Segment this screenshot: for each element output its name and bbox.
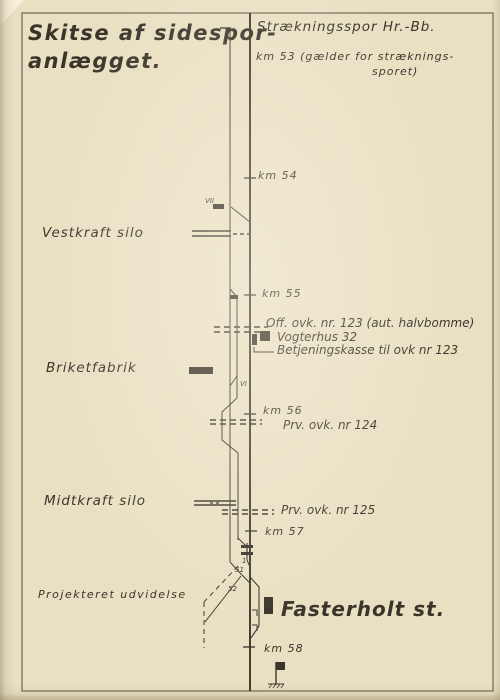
siding-track (205, 28, 250, 622)
midtkraft-silo-label: Midtkraft silo (44, 494, 146, 508)
sketch-title-line2: anlægget. (28, 50, 162, 72)
switch-vii-diagonal (231, 207, 250, 222)
projected-extension-lines (204, 566, 238, 648)
station-name-label: Fasterholt st. (281, 599, 445, 620)
derail-symbol (241, 543, 253, 557)
route-label: Strækningsspor Hr.-Bb. (257, 20, 436, 34)
switch-51-label: 51 (235, 567, 244, 574)
switch-vii-label: VII (205, 198, 214, 205)
scanned-railway-sketch: { "colors": { "paper": "#e9e0c3", "ink":… (0, 0, 500, 700)
betjeningskasse-pointer (254, 347, 274, 352)
betjeningskasse-label: Betjeningskasse til ovk nr 123 (277, 344, 458, 357)
switch-52-diagonal (205, 576, 241, 622)
km58-label: km 58 (264, 643, 304, 655)
station-building (264, 597, 273, 614)
vogterhus-building (260, 331, 270, 341)
betjeningskasse-box (252, 334, 257, 345)
switch-52-label: 52 (228, 586, 237, 593)
signal-flag-icon (268, 662, 285, 688)
sketch-title-line1: Skitse af sidespor- (28, 22, 278, 44)
briketfabrik-label: Briketfabrik (46, 361, 137, 375)
crossing-125-label: Prv. ovk. nr 125 (281, 504, 375, 517)
km53-note-line1: km 53 (gælder for stræknings- (256, 51, 454, 63)
switch-1-label: 1 (242, 558, 246, 565)
switch-vi-diagonal (230, 376, 237, 386)
km54-label: km 54 (258, 170, 298, 182)
km55-label: km 55 (262, 288, 302, 300)
crossing-124-marks (210, 420, 262, 424)
briketfabrik-building (189, 367, 213, 374)
vestkraft-spur (192, 231, 249, 236)
switch-vi-label: VI (240, 381, 247, 388)
vestkraft-silo-label: Vestkraft silo (42, 226, 144, 240)
vogterhus-label: Vogterhus 32 (277, 331, 357, 344)
projected-extension-label: Projekteret udvidelse (38, 589, 187, 601)
station-loop-track (250, 577, 259, 638)
crossing-124-label: Prv. ovk. nr 124 (283, 419, 377, 432)
crossing-123-label: Off. ovk. nr. 123 (aut. halvbomme) (266, 317, 474, 330)
crossing-123-marks (214, 327, 268, 332)
km57-label: km 57 (265, 526, 305, 538)
km56-label: km 56 (263, 405, 303, 417)
switch-vii-mark (213, 204, 224, 209)
km53-note-line2: sporet) (372, 66, 418, 78)
